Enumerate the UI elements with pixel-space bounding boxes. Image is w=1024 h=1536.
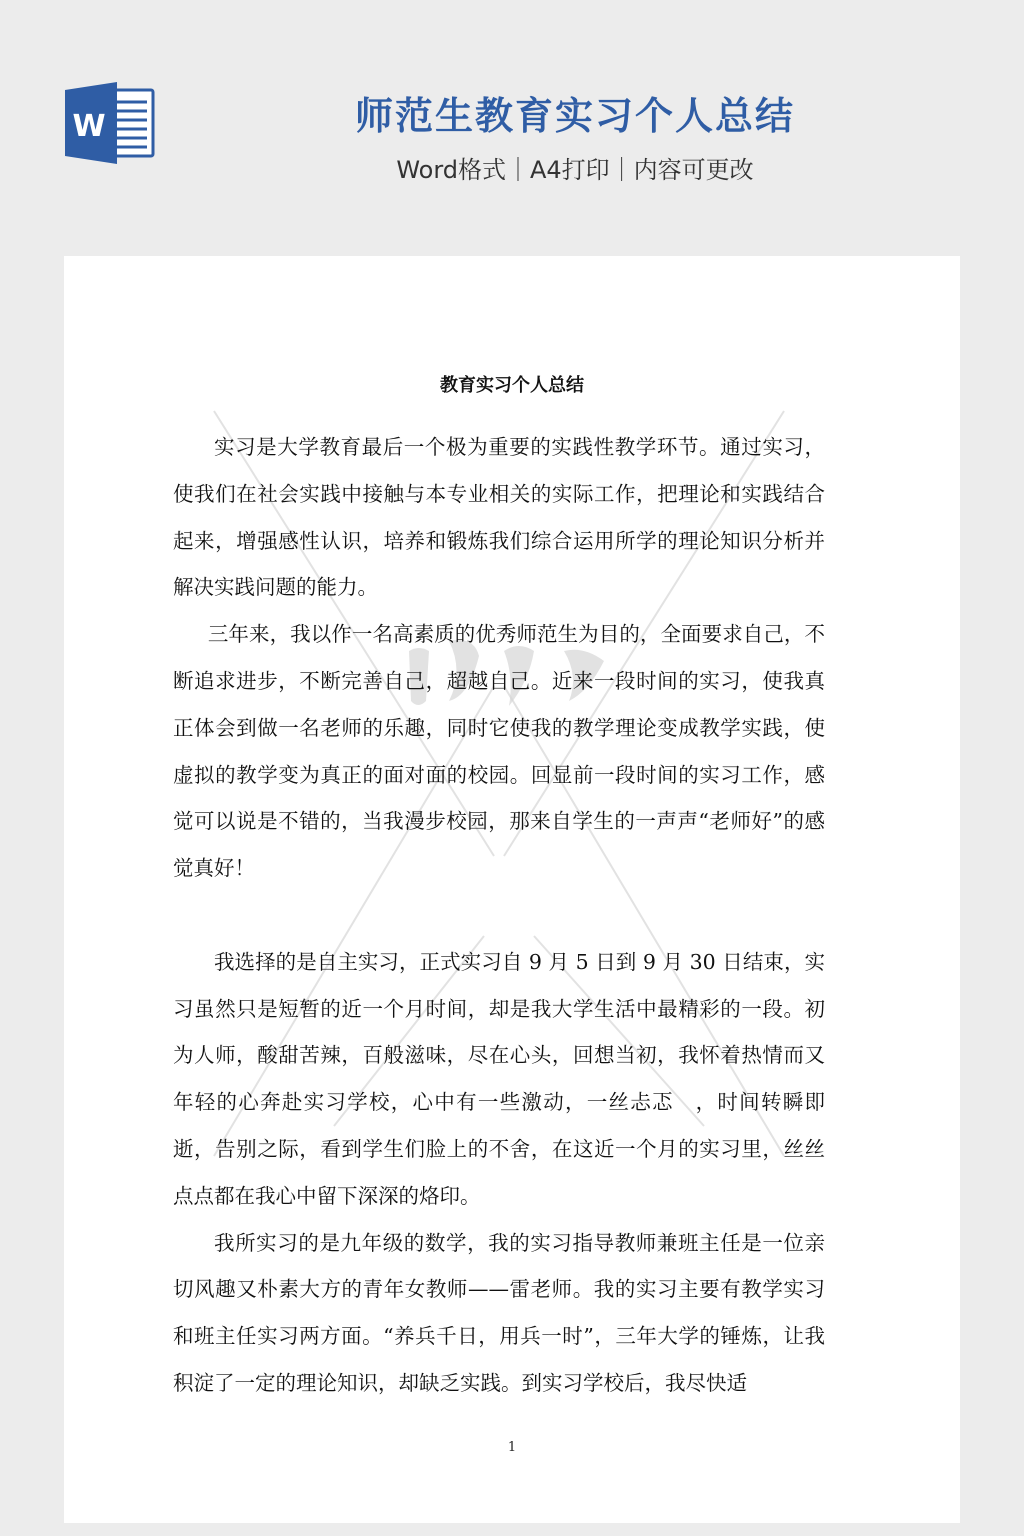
paragraph: 我所实习的是九年级的数学，我的实习指导教师兼班主任是一位亲切风趣又朴素大方的青年… xyxy=(173,1220,825,1407)
document-body: 实习是大学教育最后一个极为重要的实践性教学环节。通过实习，使我们在社会实践中接触… xyxy=(173,424,825,1407)
document-page: 教育实习个人总结 实习是大学教育最后一个极为重要的实践性教学环节。通过实习，使我… xyxy=(64,256,960,1523)
header-banner: W 师范生教育实习个人总结 Word格式｜A4打印｜内容可更改 xyxy=(0,0,1024,256)
header-subtitle: Word格式｜A4打印｜内容可更改 xyxy=(300,152,850,188)
paragraph-spacer xyxy=(173,892,825,939)
header-title: 师范生教育实习个人总结 xyxy=(300,92,850,140)
document-title: 教育实习个人总结 xyxy=(64,372,960,400)
page-number: 1 xyxy=(64,1440,960,1455)
svg-text:W: W xyxy=(72,109,105,144)
paragraph: 我选择的是自主实习，正式实习自 9 月 5 日到 9 月 30 日结束，实习虽然… xyxy=(173,939,825,1220)
paragraph: 实习是大学教育最后一个极为重要的实践性教学环节。通过实习，使我们在社会实践中接触… xyxy=(173,424,825,611)
paragraph: 三年来，我以作一名高素质的优秀师范生为目的，全面要求自己，不断追求进步，不断完善… xyxy=(173,611,825,892)
word-doc-icon: W xyxy=(65,82,157,164)
